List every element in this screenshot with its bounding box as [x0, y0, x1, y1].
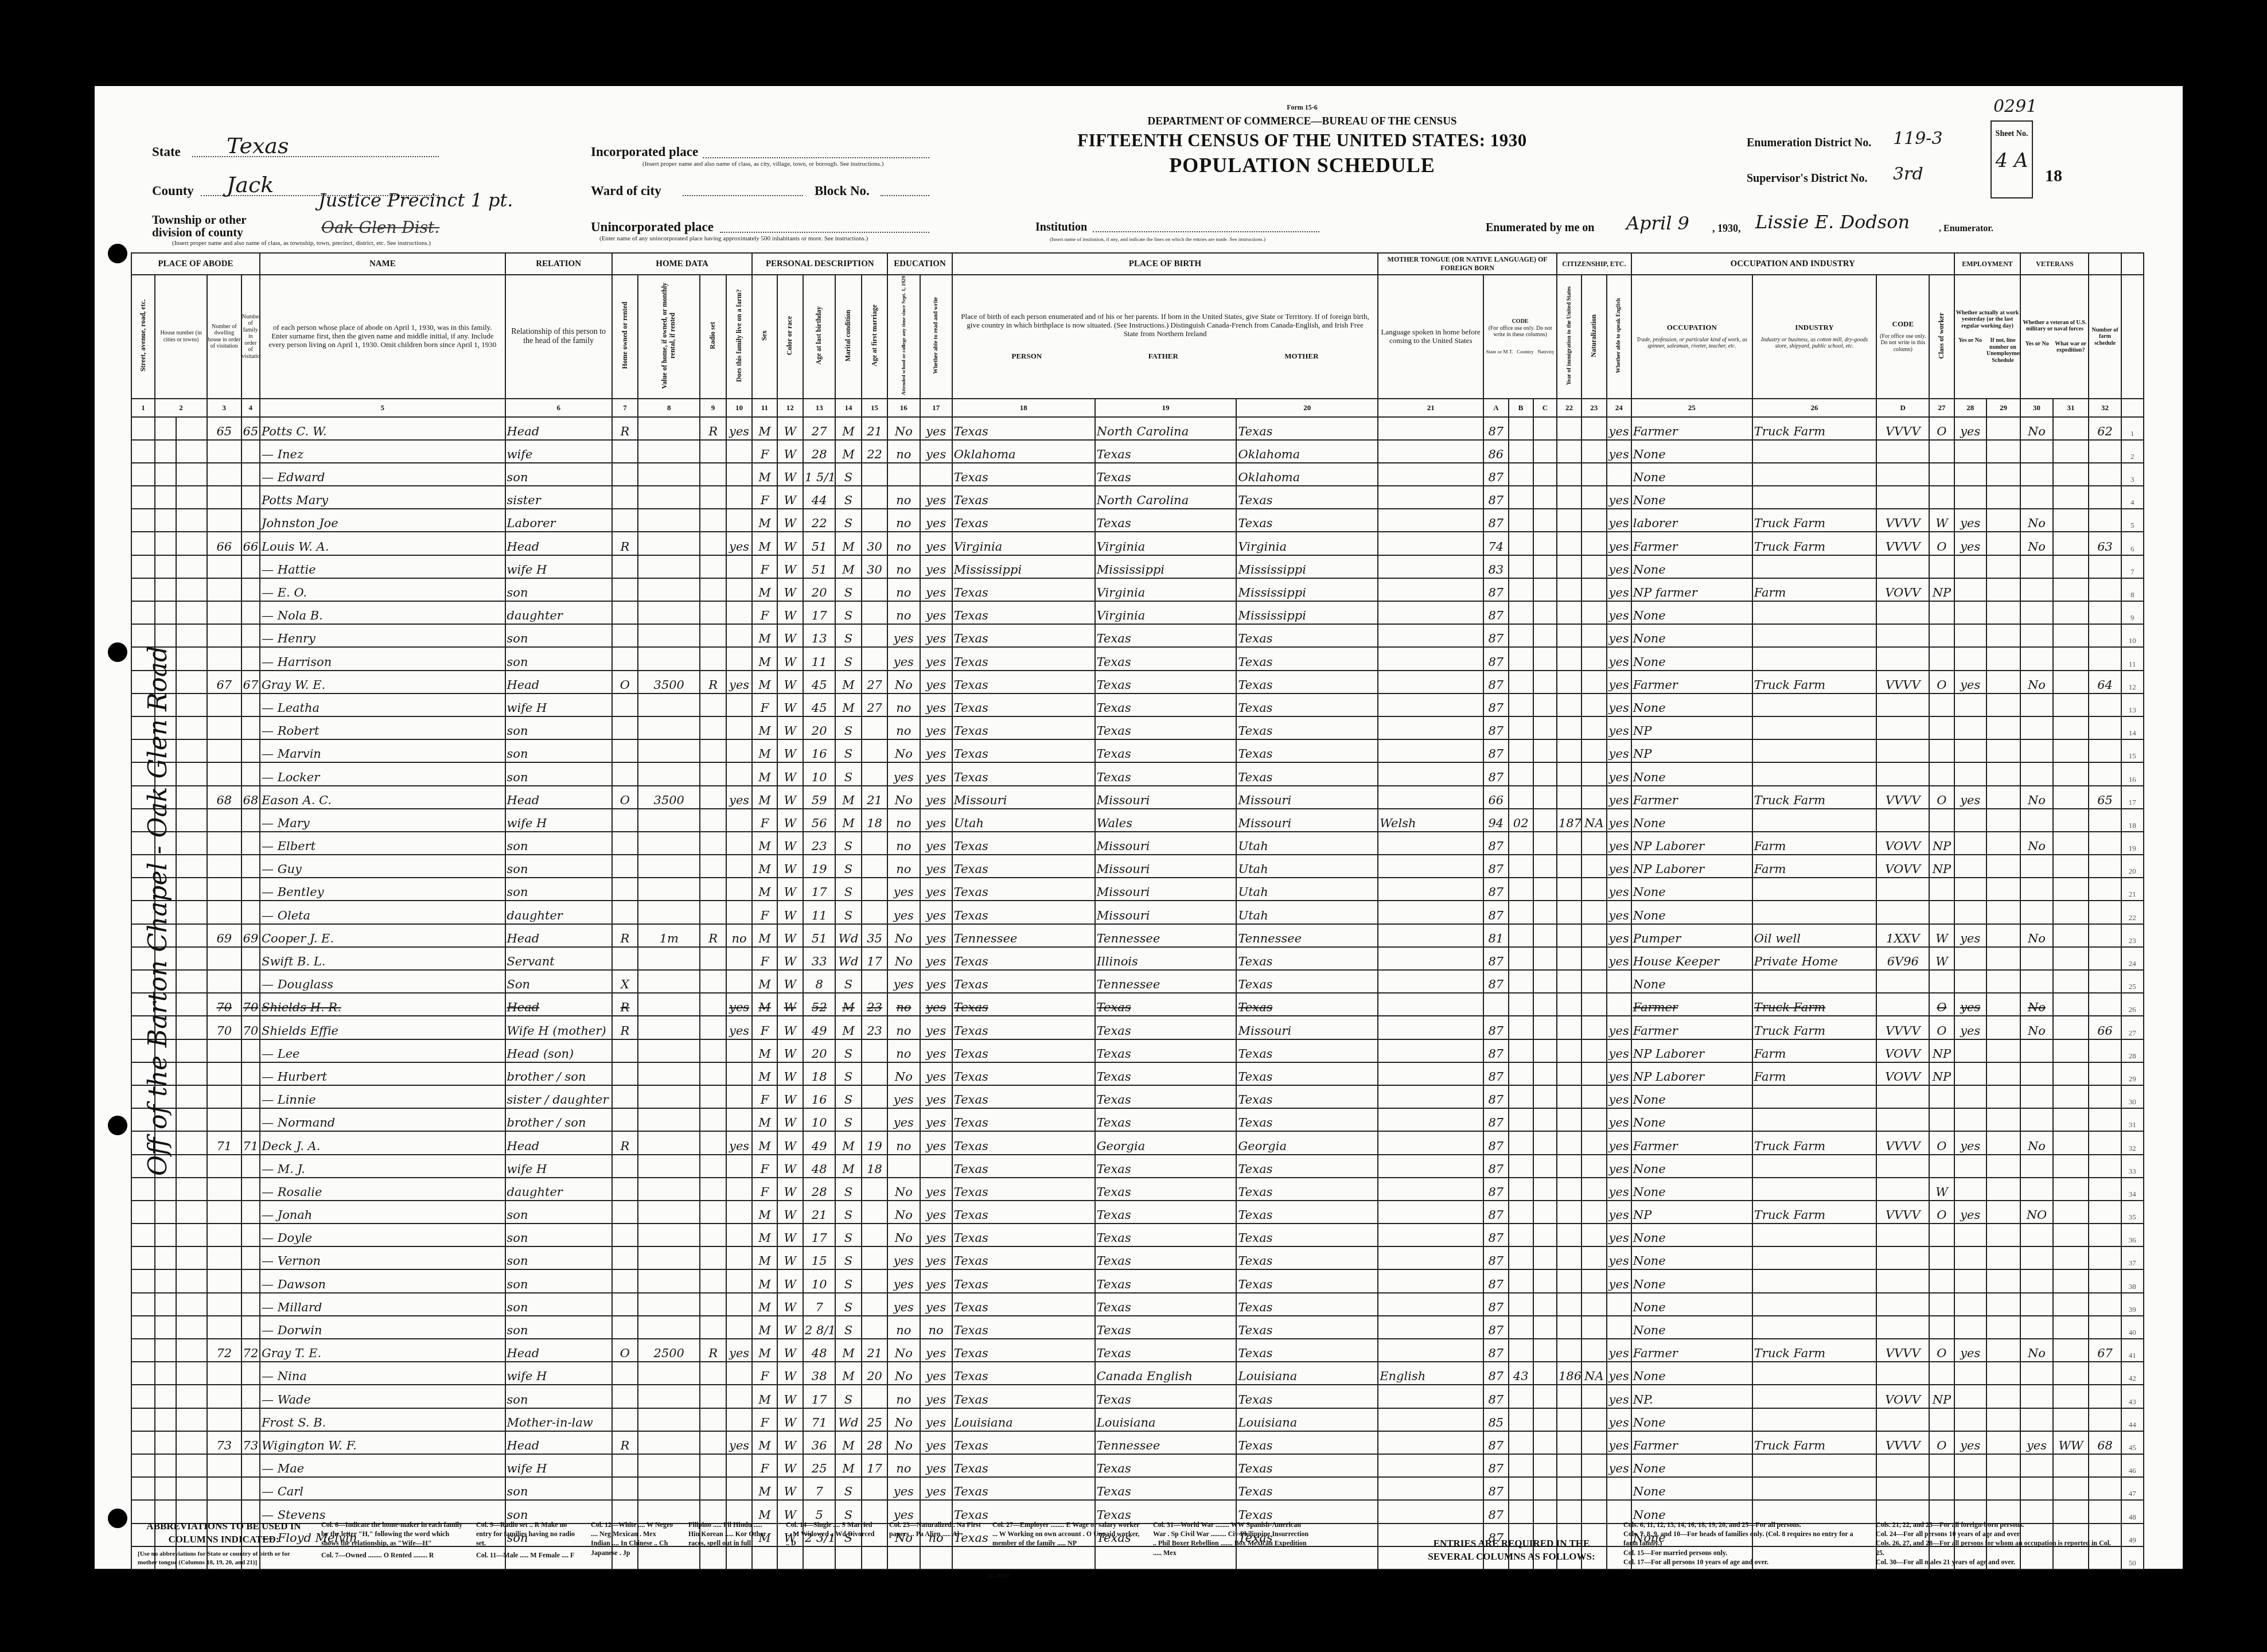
- cell-marital: M: [835, 1339, 861, 1362]
- cell-language: [1378, 1039, 1483, 1062]
- cell-blank: [176, 601, 207, 624]
- cell-birth: Texas: [952, 832, 1095, 855]
- cell-dwelling: [207, 463, 241, 486]
- cell-school: No: [887, 1062, 920, 1085]
- cell-language: [1378, 855, 1483, 878]
- cell-class: [1929, 762, 1954, 785]
- cell-value: [638, 739, 700, 762]
- cell-code-a: 86: [1483, 440, 1508, 463]
- cell-age-marr: 23: [862, 993, 887, 1016]
- cell-industry: [1752, 647, 1876, 670]
- cell-birth: Oklahoma: [952, 440, 1095, 463]
- line-number: 32: [2121, 1131, 2144, 1154]
- cell-code-a: 87: [1483, 1178, 1508, 1201]
- cell-age-marr: [862, 578, 887, 601]
- cell-marital: S: [835, 855, 861, 878]
- cell-dwelling: [207, 1085, 241, 1108]
- cell-relation: son: [505, 1246, 612, 1269]
- cell-read: yes: [920, 1339, 952, 1362]
- cell-value: [638, 1039, 700, 1062]
- cell-value: [638, 624, 700, 647]
- cell-dwelling: [207, 762, 241, 785]
- cell-code-d: [1876, 1155, 1929, 1178]
- cell-language: [1378, 647, 1483, 670]
- cell-code-d: [1876, 901, 1929, 924]
- cell-age-marr: [862, 1178, 887, 1201]
- cell-school: no: [887, 578, 920, 601]
- table-row: 7272Gray T. E.HeadO2500RyesMW48M21NoyesT…: [131, 1339, 2144, 1362]
- cell-at-work: [1954, 647, 1986, 670]
- cell-industry: [1752, 970, 1876, 993]
- cell-code-b: [1509, 624, 1533, 647]
- cell-code-a: 87: [1483, 1500, 1508, 1523]
- cell-radio: [700, 786, 726, 809]
- cell-farm: [726, 878, 752, 901]
- cell-father: Texas: [1095, 1224, 1237, 1246]
- cell-age-marr: [862, 716, 887, 739]
- cell-name: — Oleta: [260, 901, 505, 924]
- cell-dwelling: [207, 1178, 241, 1201]
- cell-code-c: [1533, 924, 1557, 947]
- cell-occupation: None: [1631, 555, 1752, 578]
- cell-code-a: 87: [1483, 1016, 1508, 1039]
- col-23-header: Naturalization: [1582, 275, 1606, 399]
- cell-name: — Edward: [260, 463, 505, 486]
- cell-read: yes: [920, 509, 952, 532]
- cell-occupation: None: [1631, 1178, 1752, 1201]
- cell-house: [155, 509, 176, 532]
- cell-father: Wales: [1095, 809, 1237, 832]
- cell-war: [2053, 1039, 2089, 1062]
- cell-farm-sched: [2089, 901, 2121, 924]
- cell-dwelling: [207, 578, 241, 601]
- cell-code-a: 87: [1483, 1362, 1508, 1385]
- cell-race: W: [777, 1039, 803, 1062]
- cell-code-c: [1533, 809, 1557, 832]
- cell-class: [1929, 970, 1954, 993]
- cell-age: 51: [803, 555, 835, 578]
- cell-dwelling: [207, 809, 241, 832]
- township-note: (Insert proper name and also name of cla…: [172, 240, 431, 247]
- cell-class: O: [1929, 993, 1954, 1016]
- cell-name: — Carl: [260, 1477, 505, 1500]
- cell-unemp: [1986, 993, 2021, 1016]
- cell-code-d: VVVV: [1876, 532, 1929, 555]
- cell-owned: [612, 486, 638, 509]
- cell-code-c: [1533, 578, 1557, 601]
- cell-veteran: [2020, 901, 2052, 924]
- cell-code-b: [1509, 601, 1533, 624]
- cell-owned: [612, 878, 638, 901]
- cell-mother: Utah: [1236, 901, 1378, 924]
- cell-age-marr: [862, 1246, 887, 1269]
- cell-school: No: [887, 1362, 920, 1385]
- cell-farm: [726, 647, 752, 670]
- cell-code-a: [1483, 993, 1508, 1016]
- cell-english: [1607, 970, 1631, 993]
- cell-house: [155, 1316, 176, 1339]
- cell-father: Texas: [1095, 509, 1237, 532]
- cell-language: [1378, 1385, 1483, 1408]
- cell-immig: [1557, 1131, 1582, 1154]
- cell-radio: [700, 693, 726, 716]
- cell-family: 68: [241, 786, 260, 809]
- cell-immig: [1557, 1477, 1582, 1500]
- cell-value: [638, 1316, 700, 1339]
- cell-war: [2053, 624, 2089, 647]
- cell-code-b: [1509, 1039, 1533, 1062]
- cell-english: yes: [1607, 832, 1631, 855]
- cell-value: [638, 1085, 700, 1108]
- cell-marital: S: [835, 1269, 861, 1292]
- cell-language: [1378, 1477, 1483, 1500]
- cell-class: [1929, 1316, 1954, 1339]
- cell-code-b: [1509, 1500, 1533, 1523]
- cell-industry: [1752, 486, 1876, 509]
- col-1-header: Street, avenue, road, etc.: [131, 275, 155, 399]
- cell-family: [241, 440, 260, 463]
- col-26-header: INDUSTRY Industry or business, as cotton…: [1752, 275, 1876, 399]
- cell-race: W: [777, 924, 803, 947]
- cell-code-b: [1509, 1431, 1533, 1454]
- cell-school: No: [887, 786, 920, 809]
- cell-english: yes: [1607, 716, 1631, 739]
- cell-race: W: [777, 786, 803, 809]
- cell-veteran: No: [2020, 993, 2052, 1016]
- cell-occupation: None: [1631, 463, 1752, 486]
- cell-value: [638, 1016, 700, 1039]
- cell-occupation: None: [1631, 878, 1752, 901]
- cell-immig: [1557, 1016, 1582, 1039]
- cell-owned: [612, 739, 638, 762]
- institution-note: (Insert name of institution, if any, and…: [1050, 236, 1265, 242]
- cell-radio: [700, 1155, 726, 1178]
- cell-dwelling: [207, 1362, 241, 1385]
- col-3-header: Number of dwelling house in order of vis…: [207, 275, 241, 399]
- cell-farm-sched: [2089, 1454, 2121, 1477]
- col-25-header: OCCUPATION Trade, profession, or particu…: [1631, 275, 1752, 399]
- cell-house: [155, 624, 176, 647]
- cell-language: [1378, 786, 1483, 809]
- cell-age-marr: 21: [862, 786, 887, 809]
- cell-farm: [726, 1224, 752, 1246]
- cell-code-c: [1533, 486, 1557, 509]
- cell-code-d: [1876, 486, 1929, 509]
- cell-read: yes: [920, 578, 952, 601]
- cell-race: W: [777, 1246, 803, 1269]
- table-row: — EdwardsonMW1 5/12STexasTexasOklahoma87…: [131, 463, 2144, 486]
- cell-age: 18: [803, 1062, 835, 1085]
- cell-birth: Texas: [952, 417, 1095, 440]
- cell-code-d: [1876, 1269, 1929, 1292]
- cell-name: — Vernon: [260, 1246, 505, 1269]
- cell-veteran: No: [2020, 1339, 2052, 1362]
- cell-natz: [1582, 878, 1606, 901]
- cell-father: Texas: [1095, 1062, 1237, 1085]
- group-mother-tongue: MOTHER TONGUE (OR NATIVE LANGUAGE) OF FO…: [1378, 253, 1557, 275]
- cell-dwelling: 69: [207, 924, 241, 947]
- cell-relation: Servant: [505, 947, 612, 970]
- cell-class: [1929, 463, 1954, 486]
- cell-value: [638, 1155, 700, 1178]
- cell-school: No: [887, 1201, 920, 1224]
- cell-school: no: [887, 1454, 920, 1477]
- cell-code-a: 87: [1483, 716, 1508, 739]
- cell-at-work: yes: [1954, 509, 1986, 532]
- cell-farm: [726, 1246, 752, 1269]
- col-6-header: Relationship of this person to the head …: [505, 275, 612, 399]
- cell-marital: M: [835, 693, 861, 716]
- cell-mother: Mississippi: [1236, 578, 1378, 601]
- cell-father: Texas: [1095, 1385, 1237, 1408]
- cell-class: [1929, 1085, 1954, 1108]
- column-number: D: [1876, 399, 1929, 417]
- cell-street: [131, 1385, 155, 1408]
- cell-read: yes: [920, 901, 952, 924]
- cell-farm: [726, 947, 752, 970]
- cell-farm-sched: [2089, 1385, 2121, 1408]
- cell-owned: R: [612, 532, 638, 555]
- cell-at-work: [1954, 1385, 1986, 1408]
- footer-col6-7: Col. 6—Indicate the home-maker in each f…: [321, 1520, 465, 1560]
- cell-veteran: [2020, 1408, 2052, 1431]
- cell-name: — M. J.: [260, 1155, 505, 1178]
- cell-code-c: [1533, 1201, 1557, 1224]
- cell-age: 56: [803, 809, 835, 832]
- cell-code-c: [1533, 440, 1557, 463]
- cell-farm-sched: [2089, 1224, 2121, 1246]
- cell-code-a: 87: [1483, 1131, 1508, 1154]
- cell-street: [131, 486, 155, 509]
- cell-owned: [612, 832, 638, 855]
- cell-code-d: [1876, 1108, 1929, 1131]
- cell-code-d: [1876, 647, 1929, 670]
- cell-language: [1378, 947, 1483, 970]
- cell-mother: Texas: [1236, 624, 1378, 647]
- cell-dwelling: [207, 555, 241, 578]
- cell-code-b: [1509, 1246, 1533, 1269]
- cell-race: W: [777, 993, 803, 1016]
- cell-farm: [726, 1316, 752, 1339]
- cell-unemp: [1986, 1016, 2021, 1039]
- form-number: Form 15-6: [1050, 103, 1555, 112]
- cell-read: yes: [920, 993, 952, 1016]
- cell-mother: Tennessee: [1236, 924, 1378, 947]
- cell-street: [131, 417, 155, 440]
- cell-marital: S: [835, 1293, 861, 1316]
- col-20-header: MOTHER: [1284, 352, 1318, 361]
- cell-read: yes: [920, 832, 952, 855]
- cell-english: yes: [1607, 532, 1631, 555]
- cell-code-d: [1876, 1408, 1929, 1431]
- cell-code-d: VVVV: [1876, 1016, 1929, 1039]
- cell-natz: [1582, 1201, 1606, 1224]
- line-number: 19: [2121, 832, 2144, 855]
- cell-race: W: [777, 970, 803, 993]
- line-number: 50: [2121, 1546, 2144, 1569]
- cell-blank: [176, 1339, 207, 1362]
- cell-farm: [726, 809, 752, 832]
- cell-owned: [612, 809, 638, 832]
- cell-relation: wife H: [505, 809, 612, 832]
- column-number: C: [1533, 399, 1557, 417]
- cell-radio: R: [700, 924, 726, 947]
- cell-mother: Mississippi: [1236, 601, 1378, 624]
- cell-race: W: [777, 1131, 803, 1154]
- cell-war: [2053, 532, 2089, 555]
- cell-language: [1378, 832, 1483, 855]
- cell-school: yes: [887, 1477, 920, 1500]
- cell-natz: [1582, 1408, 1606, 1431]
- cell-age: 59: [803, 786, 835, 809]
- cell-birth: Texas: [952, 624, 1095, 647]
- cell-blank: [176, 901, 207, 924]
- cell-owned: [612, 1155, 638, 1178]
- cell-at-work: [1954, 1269, 1986, 1292]
- cell-relation: son: [505, 878, 612, 901]
- table-row: 6969Cooper J. E.HeadR1mRnoMW51Wd35NoyesT…: [131, 924, 2144, 947]
- cell-marital: M: [835, 532, 861, 555]
- cell-war: [2053, 440, 2089, 463]
- cell-blank: [176, 1062, 207, 1085]
- cell-name: Potts C. W.: [260, 417, 505, 440]
- cell-name: Frost S. B.: [260, 1408, 505, 1431]
- cell-english: yes: [1607, 1178, 1631, 1201]
- cell-blank: [176, 947, 207, 970]
- cell-dwelling: 66: [207, 532, 241, 555]
- cell-code-c: [1533, 1246, 1557, 1269]
- cell-race: W: [777, 1178, 803, 1201]
- cell-relation: son: [505, 647, 612, 670]
- cell-street: [131, 601, 155, 624]
- cell-farm: [726, 486, 752, 509]
- column-number: 10: [726, 399, 752, 417]
- column-number: 2: [155, 399, 207, 417]
- cell-code-c: [1533, 1477, 1557, 1500]
- cell-at-work: yes: [1954, 417, 1986, 440]
- cell-relation: son: [505, 463, 612, 486]
- cell-veteran: No: [2020, 509, 2052, 532]
- cell-relation: daughter: [505, 601, 612, 624]
- cell-natz: NA: [1582, 809, 1606, 832]
- cell-age: 10: [803, 762, 835, 785]
- cell-english: yes: [1607, 739, 1631, 762]
- cell-code-b: [1509, 924, 1533, 947]
- cell-natz: [1582, 440, 1606, 463]
- cell-father: Texas: [1095, 1477, 1237, 1500]
- cell-race: W: [777, 578, 803, 601]
- cell-natz: [1582, 1454, 1606, 1477]
- group-relation: RELATION: [505, 253, 612, 275]
- cell-immig: [1557, 878, 1582, 901]
- line-number: 18: [2121, 809, 2144, 832]
- cell-sex: [752, 1546, 777, 1569]
- cell-farm: [726, 762, 752, 785]
- cell-family: [241, 855, 260, 878]
- table-row: — Hattiewife HFW51M30noyesMississippiMis…: [131, 555, 2144, 578]
- cell-value: [638, 1431, 700, 1454]
- cell-father: Texas: [1095, 1293, 1237, 1316]
- cell-race: W: [777, 1293, 803, 1316]
- cell-read: yes: [920, 555, 952, 578]
- table-row: Potts MarysisterFW44SnoyesTexasNorth Car…: [131, 486, 2144, 509]
- cell-owned: [612, 555, 638, 578]
- cell-industry: [1752, 555, 1876, 578]
- cell-natz: [1582, 624, 1606, 647]
- cell-blank: [176, 578, 207, 601]
- cell-mother: Texas: [1236, 762, 1378, 785]
- cell-language: [1378, 970, 1483, 993]
- cell-industry: [1752, 440, 1876, 463]
- cell-mother: Georgia: [1236, 1131, 1378, 1154]
- cell-father: Tennessee: [1095, 924, 1237, 947]
- table-row: — BentleysonMW17SyesyesTexasMissouriUtah…: [131, 878, 2144, 901]
- cell-radio: [700, 1201, 726, 1224]
- line-number: 13: [2121, 693, 2144, 716]
- cell-mother: Texas: [1236, 671, 1378, 693]
- cell-school: no: [887, 1316, 920, 1339]
- cell-occupation: NP: [1631, 716, 1752, 739]
- cell-class: NP: [1929, 578, 1954, 601]
- cell-age-marr: 25: [862, 1408, 887, 1431]
- cell-unemp: [1986, 786, 2021, 809]
- cell-occupation: None: [1631, 1246, 1752, 1269]
- cell-language: [1378, 1316, 1483, 1339]
- cell-war: [2053, 486, 2089, 509]
- cell-mother: Texas: [1236, 1385, 1378, 1408]
- line-number: 45: [2121, 1431, 2144, 1454]
- table-row: — MillardsonMW7SyesyesTexasTexasTexas87N…: [131, 1293, 2144, 1316]
- cell-code-a: 87: [1483, 693, 1508, 716]
- cell-father: Texas: [1095, 1246, 1237, 1269]
- cell-at-work: [1954, 1246, 1986, 1269]
- cell-veteran: [2020, 1246, 2052, 1269]
- cell-age: [803, 1546, 835, 1569]
- cell-industry: [1752, 716, 1876, 739]
- cell-english: yes: [1607, 693, 1631, 716]
- cell-age-marr: [862, 1108, 887, 1131]
- cell-age-marr: 20: [862, 1362, 887, 1385]
- cell-name: — Inez: [260, 440, 505, 463]
- cell-code-a: 87: [1483, 509, 1508, 532]
- cell-birth: Texas: [952, 1431, 1095, 1454]
- cell-house: [155, 1477, 176, 1500]
- cell-natz: [1582, 970, 1606, 993]
- cell-class: [1929, 440, 1954, 463]
- cell-name: — Leatha: [260, 693, 505, 716]
- cell-sex: F: [752, 1178, 777, 1201]
- cell-mother: Texas: [1236, 647, 1378, 670]
- cell-at-work: yes: [1954, 993, 1986, 1016]
- cell-owned: [612, 624, 638, 647]
- cell-radio: R: [700, 1339, 726, 1362]
- cell-read: yes: [920, 601, 952, 624]
- cell-class: [1929, 1477, 1954, 1500]
- cell-father: Texas: [1095, 716, 1237, 739]
- cell-dwelling: [207, 1385, 241, 1408]
- table-row: — M. J.wife HFW48M18TexasTexasTexas87yes…: [131, 1155, 2144, 1178]
- cell-industry: [1752, 1224, 1876, 1246]
- cell-father: Texas: [1095, 647, 1237, 670]
- cell-age-marr: 28: [862, 1431, 887, 1454]
- cell-name: — Dawson: [260, 1269, 505, 1292]
- cell-war: WW: [2053, 1431, 2089, 1454]
- cell-at-work: [1954, 1454, 1986, 1477]
- cell-blank: [176, 532, 207, 555]
- cell-family: [241, 1062, 260, 1085]
- cell-house: [155, 1385, 176, 1408]
- cell-code-d: [1876, 1224, 1929, 1246]
